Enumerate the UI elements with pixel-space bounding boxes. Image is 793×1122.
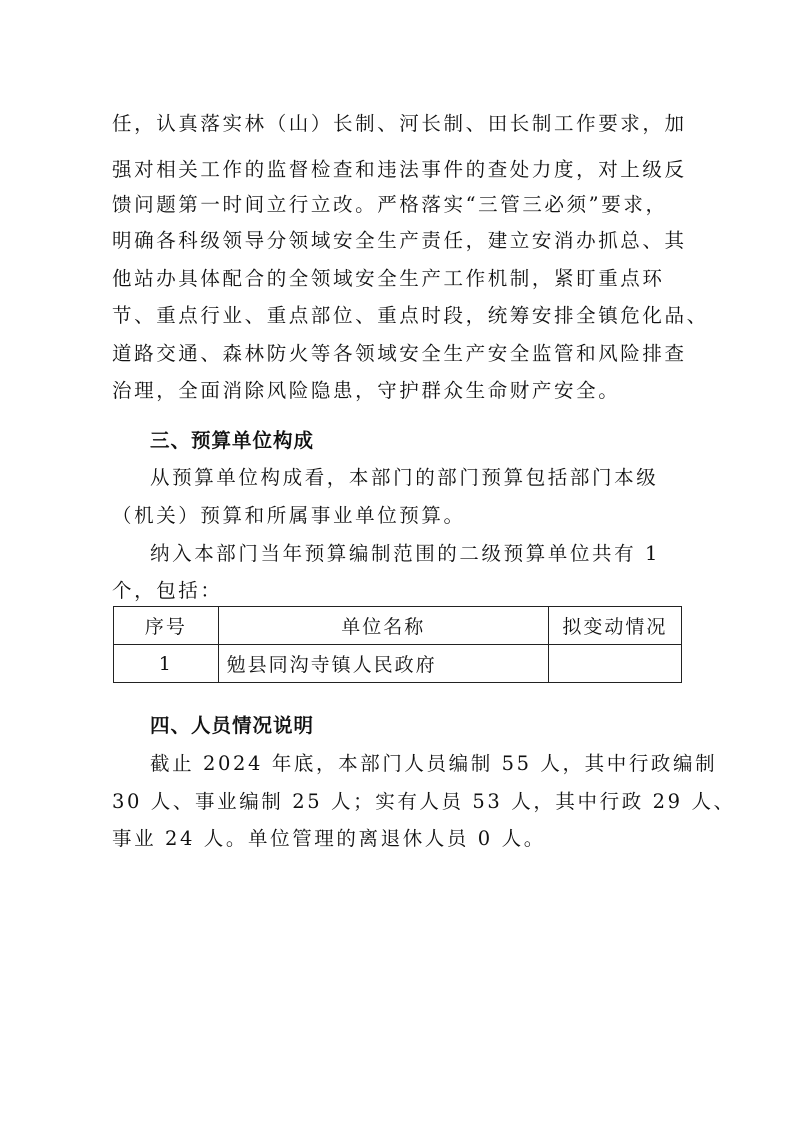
header-change-status: 拟变动情况 — [548, 607, 681, 645]
budget-units-table: 序号 单位名称 拟变动情况 1 勉县同沟寺镇人民政府 — [113, 606, 682, 683]
body-text-line: 从预算单位构成看，本部门的部门预算包括部门本级 — [150, 465, 682, 491]
body-text-line: 截止 2024 年底，本部门人员编制 55 人，其中行政编制 — [150, 751, 682, 777]
cell-unit-name: 勉县同沟寺镇人民政府 — [218, 645, 548, 683]
body-text-line: 30 人、事业编制 25 人；实有人员 53 人，其中行政 29 人、 — [112, 789, 682, 815]
body-text-line: 强对相关工作的监督检查和违法事件的查处力度，对上级反 — [112, 157, 682, 183]
body-text-line: （机关）预算和所属事业单位预算。 — [112, 503, 682, 529]
body-text-line: 明确各科级领导分领域安全生产责任，建立安消办抓总、其 — [112, 228, 682, 254]
cell-change-status — [548, 645, 681, 683]
body-text-line: 事业 24 人。单位管理的离退休人员 0 人。 — [112, 826, 682, 852]
section-heading-personnel: 四、人员情况说明 — [150, 713, 314, 739]
body-text-line: 馈问题第一时间立行立改。严格落实“三管三必须”要求， — [112, 192, 682, 218]
header-unit-name: 单位名称 — [218, 607, 548, 645]
body-text-line: 道路交通、森林防火等各领域安全生产安全监管和风险排查 — [112, 341, 682, 367]
body-text-line: 任，认真落实林（山）长制、河长制、田长制工作要求，加 — [112, 111, 682, 137]
section-heading-budget-units: 三、预算单位构成 — [150, 428, 314, 454]
body-text-line: 纳入本部门当年预算编制范围的二级预算单位共有 1 — [150, 541, 682, 567]
table-header-row: 序号 单位名称 拟变动情况 — [114, 607, 682, 645]
body-text-line: 治理，全面消除风险隐患，守护群众生命财产安全。 — [112, 378, 682, 404]
body-text-line: 他站办具体配合的全领域安全生产工作机制，紧盯重点环 — [112, 266, 682, 292]
header-index: 序号 — [114, 607, 219, 645]
table-row: 1 勉县同沟寺镇人民政府 — [114, 645, 682, 683]
cell-index: 1 — [114, 645, 219, 683]
body-text-line: 个，包括： — [112, 578, 682, 604]
body-text-line: 节、重点行业、重点部位、重点时段，统筹安排全镇危化品、 — [112, 303, 682, 329]
